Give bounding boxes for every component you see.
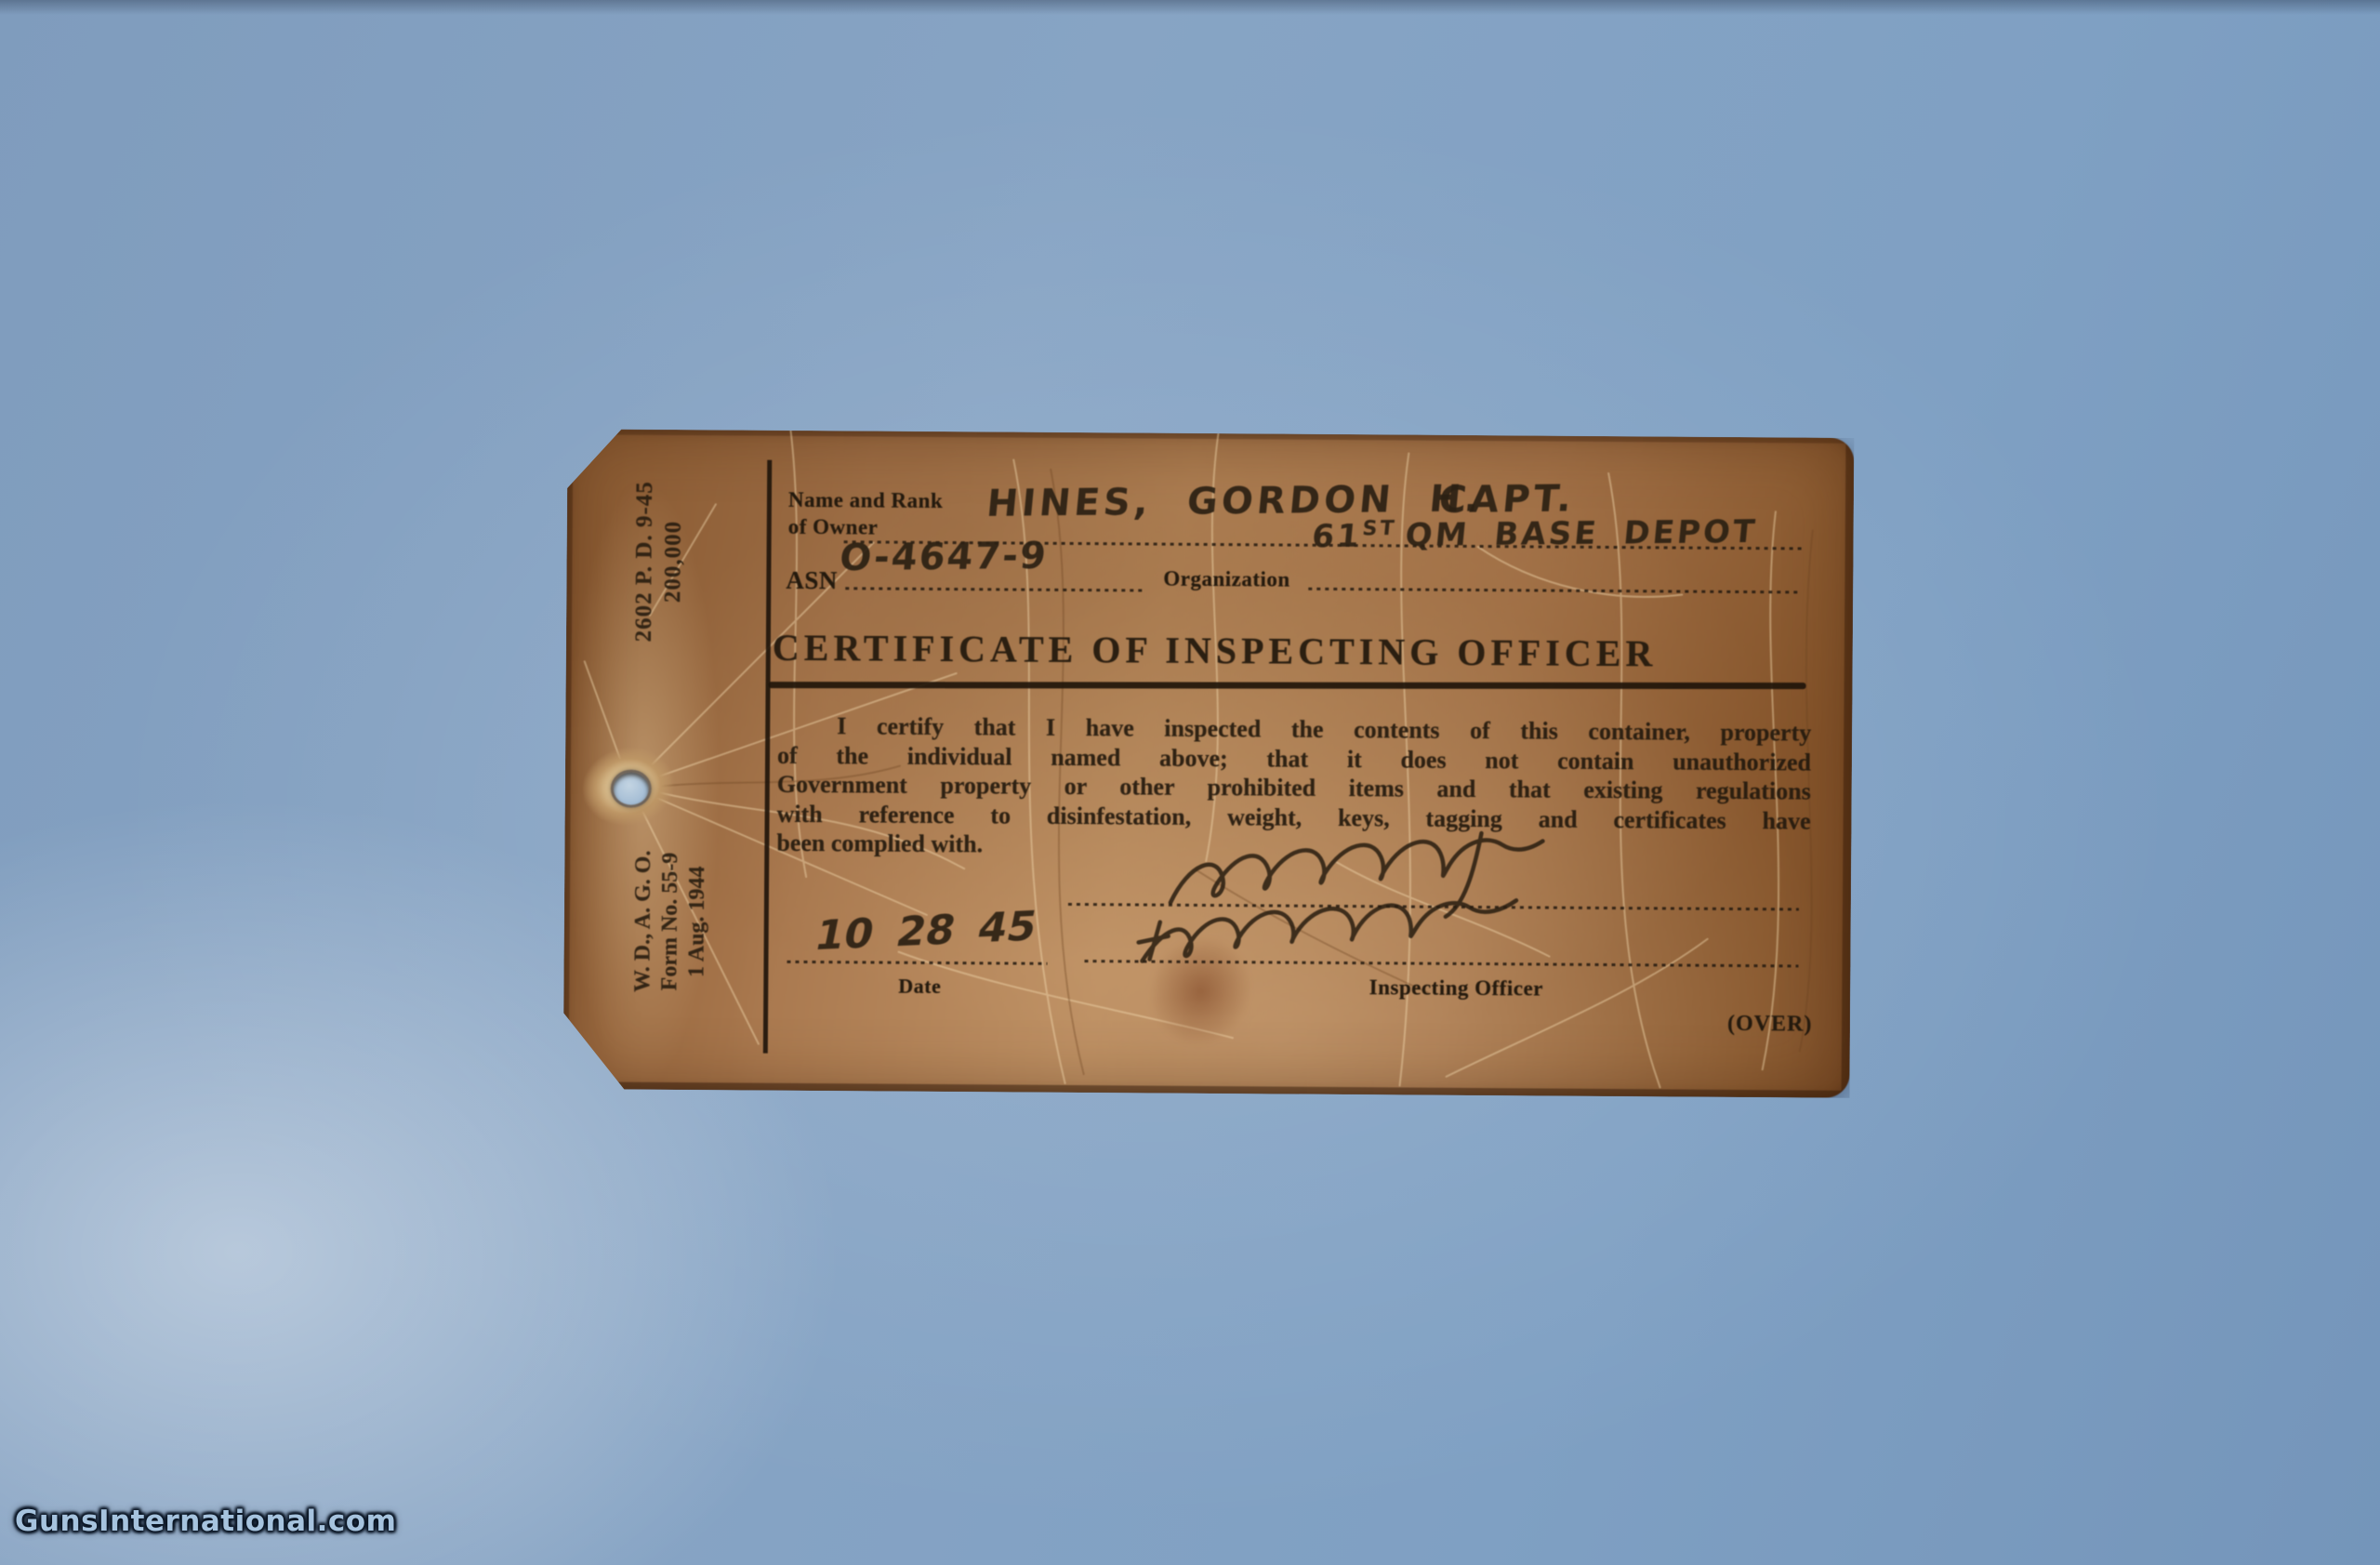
string-hole xyxy=(611,770,652,808)
organization-handwritten-value: 61STQM BASE DEPOT xyxy=(1310,513,1759,555)
print-code-block: 2602 P. D. 9-45 200,000 xyxy=(629,459,691,664)
org-ordinal-suffix: ST xyxy=(1361,517,1397,540)
form-number-block: W. D., A. G. O. Form No. 55-9 1 Aug. 194… xyxy=(629,824,716,1020)
photo-background: 2602 P. D. 9-45 200,000 W. D., A. G. O. … xyxy=(0,0,2380,1565)
asn-field-line xyxy=(845,587,1143,591)
form-number-line: Form No. 55-9 xyxy=(656,824,684,1019)
paper-stain xyxy=(1133,922,1268,1062)
certificate-heading: CERTIFICATE OF INSPECTING OFFICER xyxy=(773,626,1806,677)
stub-divider-line xyxy=(763,460,772,1054)
over-label: (OVER) xyxy=(1727,1012,1813,1038)
date-handwritten-value: 10 28 45 xyxy=(811,903,1041,960)
inspecting-officer-label: Inspecting Officer xyxy=(1344,975,1567,1001)
organization-field-line xyxy=(1308,588,1801,594)
heading-underline xyxy=(769,682,1806,689)
org-number: 61 xyxy=(1310,518,1363,556)
watermark: GunsInternational.com xyxy=(15,1505,396,1538)
form-date-line: 1 Aug. 1944 xyxy=(683,824,711,1019)
print-code-line1: 2602 P. D. 9-45 xyxy=(629,459,660,664)
asn-label: ASN xyxy=(786,566,838,595)
asn-handwritten-value: O-4647-9 xyxy=(838,535,1050,579)
organization-label: Organization xyxy=(1163,567,1290,592)
org-rest: QM BASE DEPOT xyxy=(1404,513,1759,554)
print-code-line2: 200,000 xyxy=(658,459,689,664)
date-line xyxy=(787,961,1047,965)
signature-line xyxy=(1068,903,1799,910)
certification-paragraph: I certify that I have inspected the cont… xyxy=(776,711,1811,865)
baggage-tag: 2602 P. D. 9-45 200,000 W. D., A. G. O. … xyxy=(563,429,1855,1098)
form-agency-line: W. D., A. G. O. xyxy=(629,824,657,1019)
name-label-line1: Name and Rank xyxy=(788,488,943,513)
date-label: Date xyxy=(878,975,961,1000)
